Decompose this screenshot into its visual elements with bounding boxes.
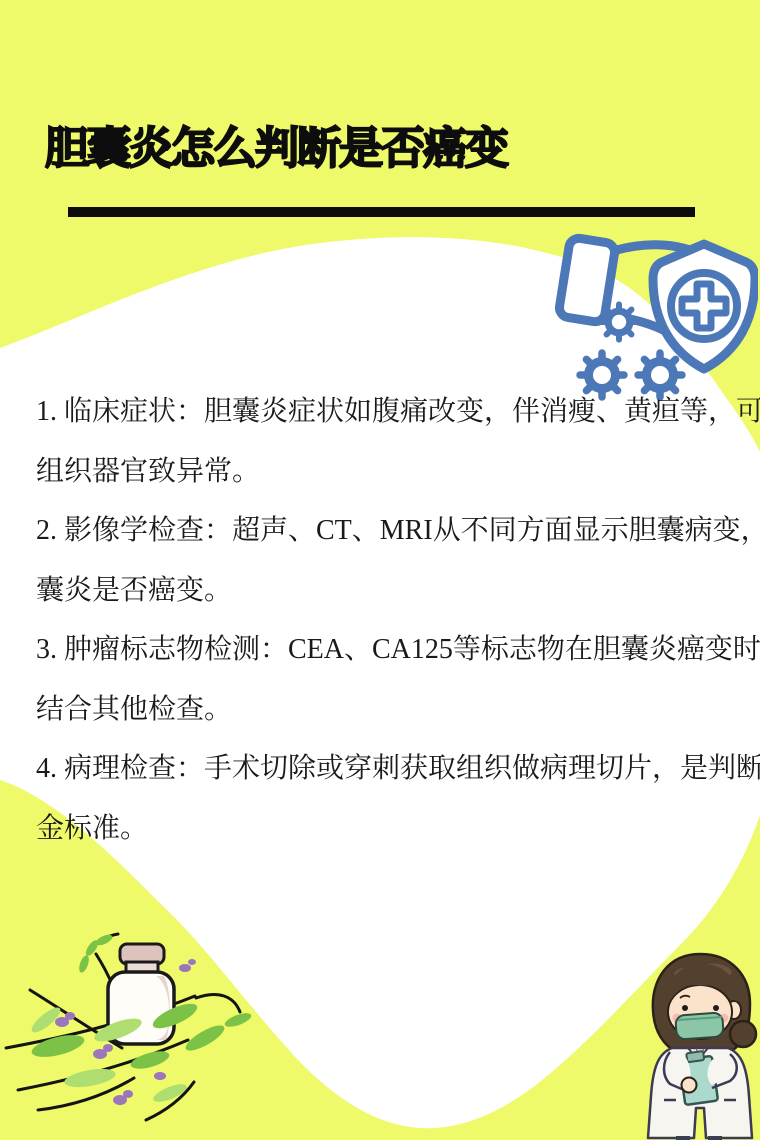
text-line: 组织器官致异常。 xyxy=(36,442,694,502)
hand-medical-shield-germs-icon xyxy=(552,226,758,404)
medical-shield-icon xyxy=(653,244,755,369)
poster-page: 胆囊炎怎么判断是否癌变 xyxy=(0,0,760,1140)
text-line: 2. 影像学检查：超声、CT、MRI从不同方面显示胆囊病变，辅助判断胆 xyxy=(36,501,694,561)
paragraph-imaging-exam: 2. 影像学检查：超声、CT、MRI从不同方面显示胆囊病变，辅助判断胆 囊炎是否… xyxy=(36,501,694,620)
text-line: 囊炎是否癌变。 xyxy=(36,561,694,621)
article-body: 1. 临床症状：胆囊炎症状如腹痛改变，伴消瘦、黄疸等，可能因癌变侵犯 组织器官致… xyxy=(36,382,694,858)
text-line: 金标准。 xyxy=(36,799,694,859)
text-line: 1. 临床症状：胆囊炎症状如腹痛改变，伴消瘦、黄疸等，可能因癌变侵犯 xyxy=(36,382,694,442)
doctor-legs xyxy=(676,1136,722,1140)
paragraph-tumor-markers: 3. 肿瘤标志物检测：CEA、CA125等标志物在胆囊炎癌变时可能升高，需 结合… xyxy=(36,620,694,739)
page-title: 胆囊炎怎么判断是否癌变 xyxy=(45,124,725,175)
paragraph-pathology-exam: 4. 病理检查：手术切除或穿刺获取组织做病理切片，是判断胆囊炎癌变的 金标准。 xyxy=(36,739,694,858)
title-divider xyxy=(68,207,695,217)
masked-doctor-with-clipboard-illustration xyxy=(640,948,760,1140)
paragraph-clinical-symptoms: 1. 临床症状：胆囊炎症状如腹痛改变，伴消瘦、黄疸等，可能因癌变侵犯 组织器官致… xyxy=(36,382,694,501)
text-line: 结合其他检查。 xyxy=(36,680,694,740)
doctor-hand xyxy=(682,1078,697,1093)
text-line: 3. 肿瘤标志物检测：CEA、CA125等标志物在胆囊炎癌变时可能升高，需 xyxy=(36,620,694,680)
herbal-plant-with-jar-illustration xyxy=(0,928,270,1140)
text-line: 4. 病理检查：手术切除或穿刺获取组织做病理切片，是判断胆囊炎癌变的 xyxy=(36,739,694,799)
